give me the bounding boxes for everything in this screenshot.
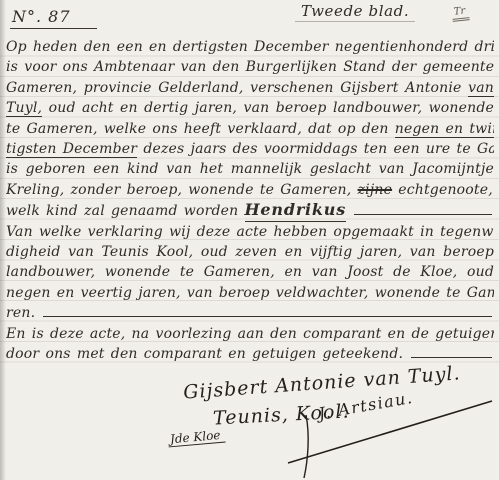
act-body: Op heden den een en dertigsten December … bbox=[6, 37, 494, 365]
act-line-10: Van welke verklaring wij deze acte hebbe… bbox=[6, 222, 494, 242]
act-text: echtgenoote, en bbox=[392, 182, 494, 198]
act-text: Van welke verklaring wij deze acte hebbe… bbox=[6, 224, 494, 240]
act-text: is geboren een kind van het mannelijk ge… bbox=[6, 161, 494, 177]
act-line-5: te Gameren, welke ons heeft verklaard, d… bbox=[6, 119, 494, 139]
child-name: Hendrikus bbox=[245, 200, 347, 221]
filler-rule bbox=[411, 345, 492, 358]
underlined-text: tigsten December bbox=[6, 141, 137, 158]
act-line-6: tigsten December dezes jaars des voormid… bbox=[6, 139, 494, 159]
act-text: digheid van Teunis Kool, oud zeven en vi… bbox=[6, 244, 494, 260]
sheet-label: Tweede blad. bbox=[295, 2, 415, 22]
act-line-16: door ons met den comparant en getuigen g… bbox=[6, 344, 494, 364]
act-line-1: Op heden den een en dertigsten December … bbox=[6, 37, 494, 57]
act-text: Kreling, zonder beroep, wonende te Gamer… bbox=[6, 182, 358, 198]
registrar-paraph: Tr bbox=[451, 5, 470, 22]
act-text: dezes jaars des voormiddags ten een ure … bbox=[137, 141, 494, 157]
act-number: N°. 87 bbox=[10, 7, 97, 29]
act-text: door ons met den comparant en getuigen g… bbox=[6, 344, 403, 364]
filler-rule bbox=[354, 202, 492, 215]
act-text: negen en veertig jaren, van beroep veldw… bbox=[6, 285, 494, 301]
act-line-14: ren. bbox=[6, 303, 494, 323]
act-text: te Gameren, welke ons heeft verklaard, d… bbox=[6, 121, 395, 137]
act-line-4: Tuyl, oud acht en dertig jaren, van bero… bbox=[6, 98, 494, 118]
signature-witness-de-kloe: Jde Kloe bbox=[167, 428, 225, 448]
act-line-12: landbouwer, wonende te Gameren, en van J… bbox=[6, 262, 494, 282]
act-line-3: Gameren, provincie Gelderland, verschene… bbox=[6, 78, 494, 98]
act-line-13: negen en veertig jaren, van beroep veldw… bbox=[6, 283, 494, 303]
act-line-8: Kreling, zonder beroep, wonende te Gamer… bbox=[6, 180, 494, 200]
underlined-text: van bbox=[468, 80, 494, 97]
act-text: Gameren, provincie Gelderland, verschene… bbox=[6, 80, 468, 96]
act-text: En is deze acte, na voorlezing aan den c… bbox=[6, 326, 494, 342]
act-line-11: digheid van Teunis Kool, oud zeven en vi… bbox=[6, 242, 494, 262]
underlined-text: negen en twin- bbox=[395, 121, 494, 138]
act-text: welk kind zal genaamd worden bbox=[6, 201, 238, 221]
act-text: landbouwer, wonende te Gameren, en van J… bbox=[6, 264, 494, 280]
scanned-birth-act: N°. 87 Tweede blad. Tr Op heden den een … bbox=[0, 0, 499, 480]
act-text: ren. bbox=[6, 303, 35, 323]
act-line-7: is geboren een kind van het mannelijk ge… bbox=[6, 159, 494, 179]
act-text: oud acht en dertig jaren, van beroep lan… bbox=[42, 100, 494, 116]
underlined-text: Tuyl, bbox=[6, 100, 42, 117]
struck-out-text: zijne bbox=[358, 182, 393, 198]
act-line-2: is voor ons Ambtenaar van den Burgerlijk… bbox=[6, 57, 494, 77]
filler-rule bbox=[43, 304, 492, 317]
act-text: Op heden den een en dertigsten December … bbox=[6, 39, 494, 55]
act-text: is voor ons Ambtenaar van den Burgerlijk… bbox=[6, 59, 494, 75]
act-line-15: En is deze acte, na voorlezing aan den c… bbox=[6, 324, 494, 344]
act-line-9: welk kind zal genaamd worden Hendrikus bbox=[6, 200, 494, 221]
